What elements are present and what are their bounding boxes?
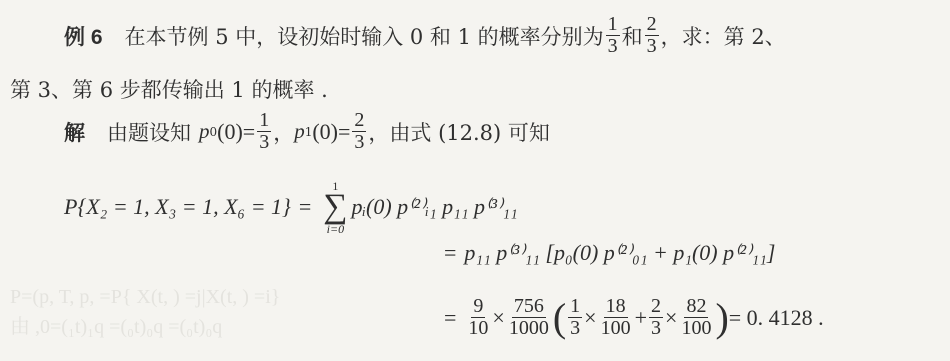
bleed-through-text: 由 ,0=(₁t)₁q =(₀t)₀q =(₀t)₀q (10, 310, 222, 339)
example-label: 例 6 (64, 21, 103, 51)
fraction-2-3: 23 (649, 296, 663, 339)
fraction-one-third: 1 3 (606, 14, 620, 57)
fraction-756-1000: 7561000 (507, 296, 551, 339)
example-text: 在本节例 5 中，设初始时输入 0 和 1 的概率分别为 (125, 21, 604, 51)
solution-line: 解 由题设知 p0 (0)= 1 3 ， p1 (0)= 2 3 ，由式 (12… (64, 110, 550, 153)
summand: pᵢ(0) p⁽²⁾ᵢ₁ p₁₁ p⁽³⁾₁₁ (352, 194, 518, 220)
expanded-expression: p₁₁ p⁽³⁾₁₁ [p₀(0) p⁽²⁾₀₁ + p₁(0) p⁽²⁾₁₁] (464, 240, 775, 266)
fraction-9-10: 910 (466, 296, 490, 339)
bleed-through-text: P=(p, T, p, =P{ X(t, ) =j|X(t, ) =i} (10, 286, 280, 309)
example-line-1: 例 6 在本节例 5 中，设初始时输入 0 和 1 的概率分别为 1 3 和 2… (64, 14, 786, 57)
final-result: = 0. 4128 . (729, 305, 824, 331)
fraction-82-100: 82100 (679, 296, 713, 339)
equation-line-2: = p₁₁ p⁽³⁾₁₁ [p₀(0) p⁽²⁾₀₁ + p₁(0) p⁽²⁾₁… (436, 240, 775, 266)
fraction-1-3: 13 (568, 296, 582, 339)
fraction-two-thirds: 2 3 (645, 14, 659, 57)
example-line-2: 第 3、第 6 步都传输出 1 的概率 . (10, 74, 328, 104)
equation-line-3: = 910 × 7561000 ( 13 × 18100 + 23 × 8210… (436, 294, 824, 341)
equation-line-1: P{X₂ = 1, X₃ = 1, X₆ = 1} = 1 ∑ i=0 pᵢ(0… (64, 180, 518, 235)
solution-label: 解 (64, 117, 85, 147)
joint-probability-lhs: P{X₂ = 1, X₃ = 1, X₆ = 1} (64, 194, 291, 220)
fraction-18-100: 18100 (599, 296, 633, 339)
summation-symbol: 1 ∑ i=0 (323, 180, 347, 235)
fraction-p1: 2 3 (352, 110, 366, 153)
fraction-p0: 1 3 (257, 110, 271, 153)
